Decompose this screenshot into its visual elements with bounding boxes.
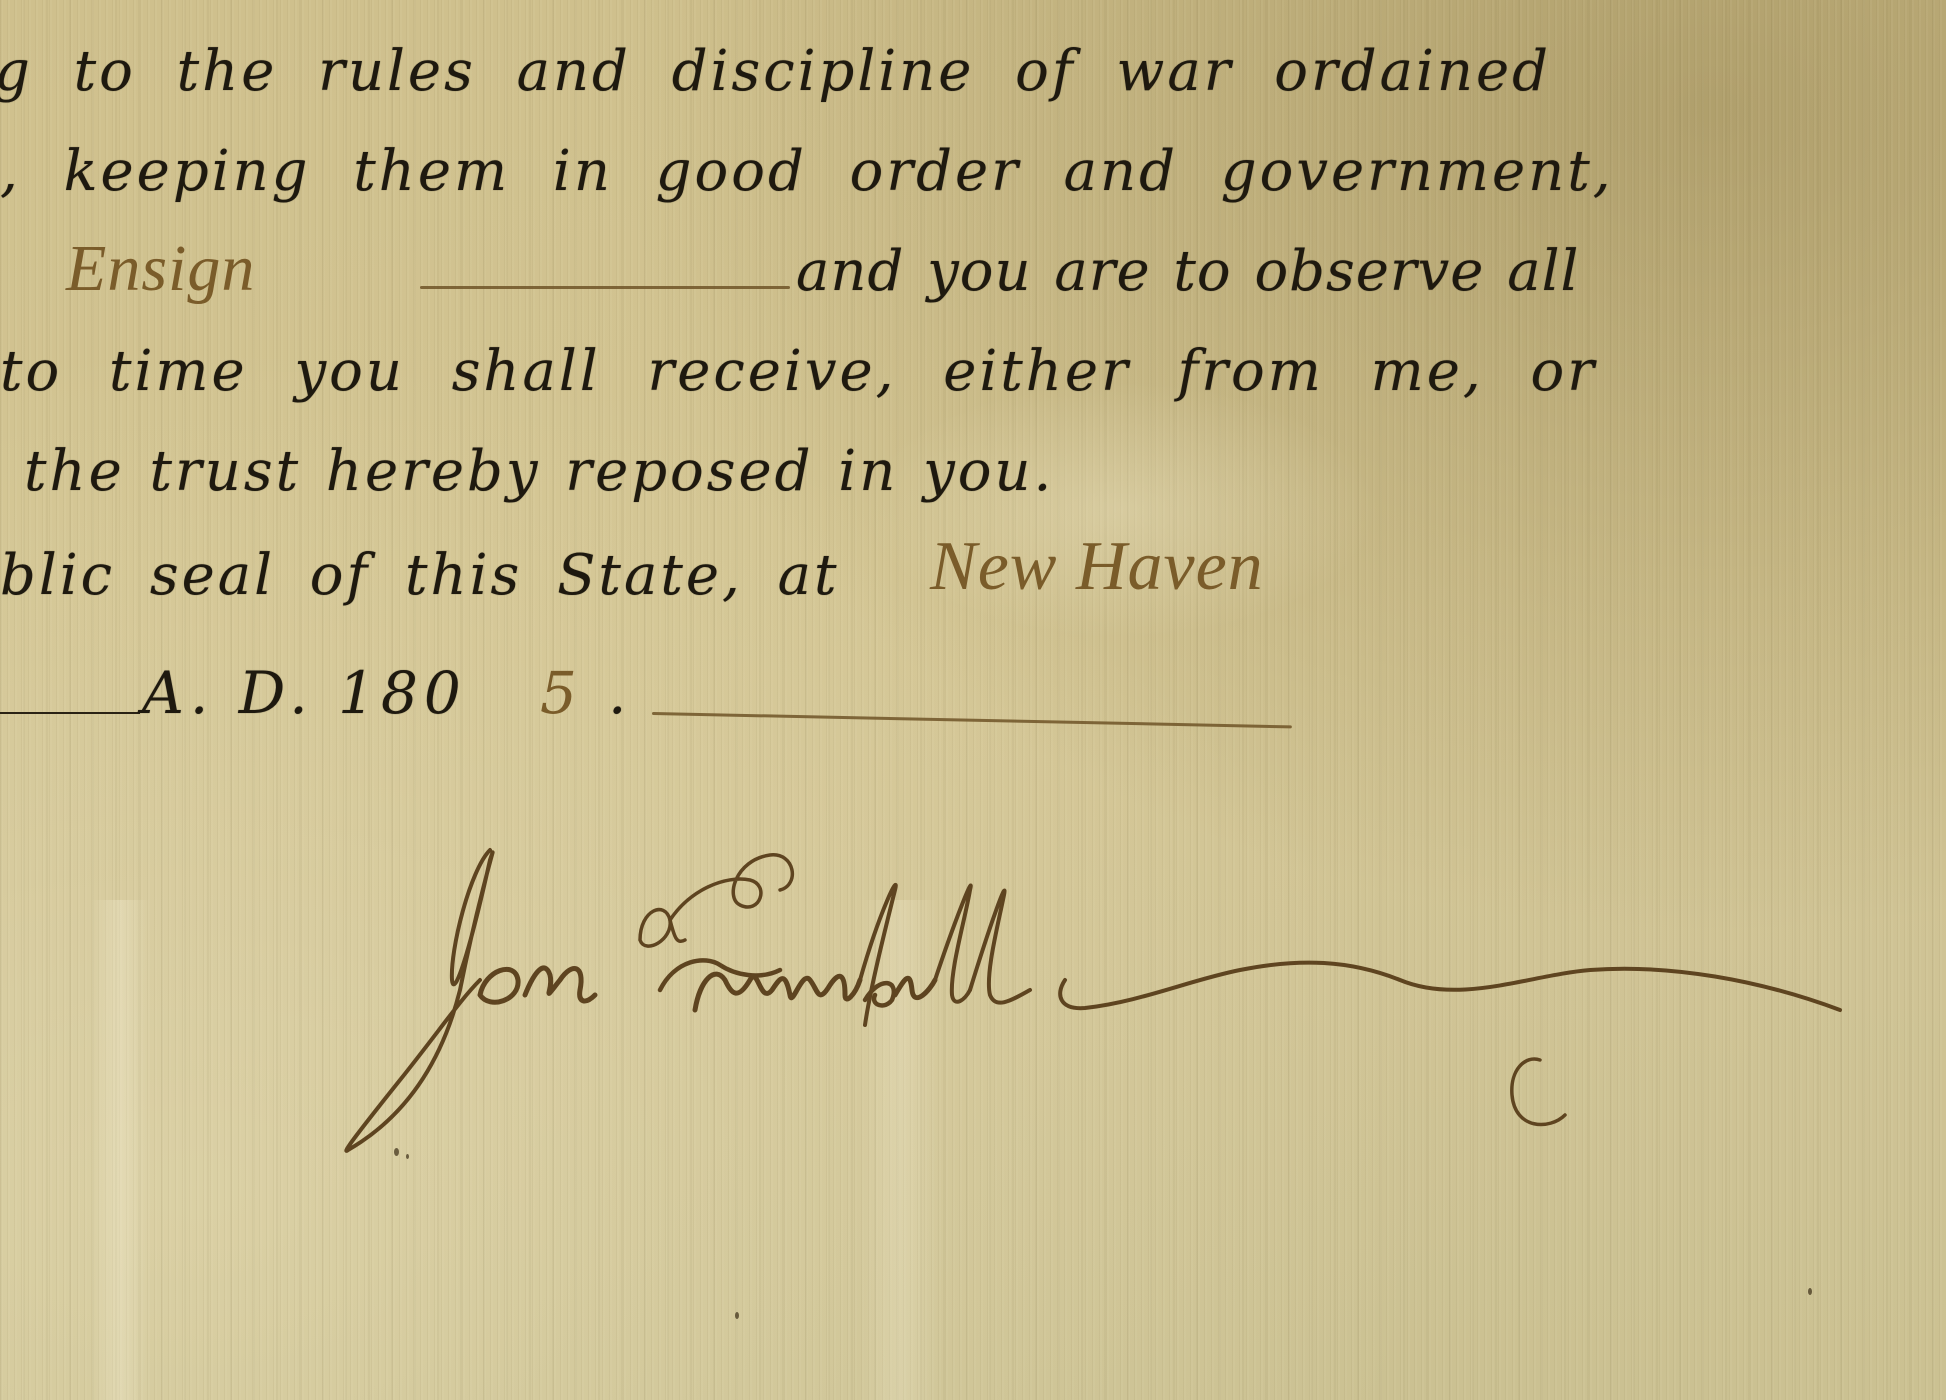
date-terminator: .	[608, 664, 629, 722]
document-line-rules-and-discipline: g to the rules and discipline of war ord…	[0, 44, 1551, 100]
date-rule-left	[0, 712, 140, 714]
document-line-public-seal: blic seal of this State, at	[0, 548, 839, 604]
date-rule-right	[652, 712, 1292, 728]
ink-speck	[406, 1154, 409, 1159]
signature-jonathan-trumbull	[340, 830, 1946, 1170]
handwritten-rank: Ensign	[66, 236, 255, 302]
paper-crease	[90, 900, 150, 1400]
document-line-time-to-time: to time you shall receive, either from m…	[0, 344, 1597, 400]
fill-in-rule	[420, 286, 790, 289]
document-line-trust-reposed: the trust hereby reposed in you.	[24, 444, 1054, 500]
document-line-good-order: , keeping them in good order and governm…	[0, 144, 1614, 200]
date-printed: A. D. 180	[142, 664, 467, 722]
ink-speck	[394, 1148, 399, 1156]
ink-speck	[1808, 1288, 1812, 1295]
document-line-observe-all: and you are to observe all	[796, 244, 1579, 300]
date-handwritten-digit: 5	[540, 664, 580, 722]
ink-speck	[735, 1312, 739, 1319]
handwritten-place: New Haven	[930, 532, 1264, 602]
